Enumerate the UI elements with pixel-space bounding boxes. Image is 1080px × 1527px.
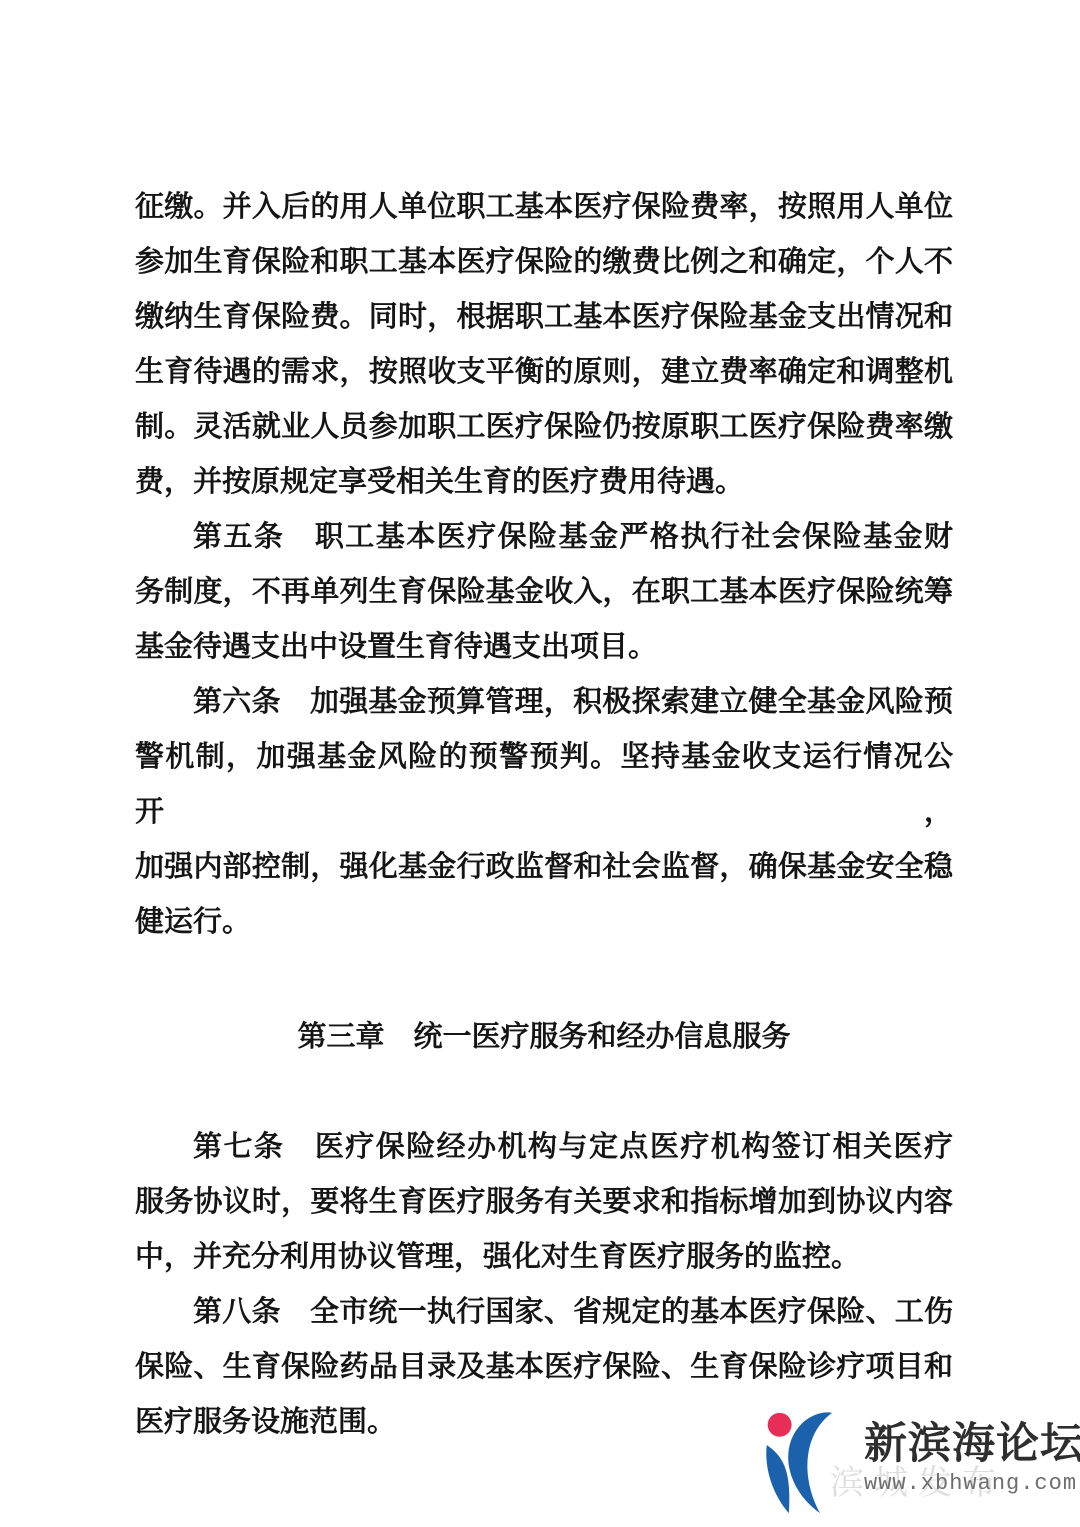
text-line: 第七条 医疗保险经办机构与定点医疗机构签订相关医疗 [135, 1120, 953, 1175]
page: 征缴。并入后的用人单位职工基本医疗保险费率，按照用人单位参加生育保险和职工基本医… [0, 0, 1080, 1527]
text-line: 第八条 全市统一执行国家、省规定的基本医疗保险、工伤 [135, 1285, 953, 1340]
text-line: 保险、生育保险药品目录及基本医疗保险、生育保险诊疗项目和 [135, 1340, 953, 1395]
site-url: www.xbhwang.com [864, 1471, 1064, 1496]
document-body: 征缴。并入后的用人单位职工基本医疗保险费率，按照用人单位参加生育保险和职工基本医… [135, 180, 953, 1450]
text-line: 服务协议时，要将生育医疗服务有关要求和指标增加到协议内容 [135, 1175, 953, 1230]
text-line: 第六条 加强基金预算管理，积极探索建立健全基金风险预 [135, 675, 953, 730]
text-line: 务制度，不再单列生育保险基金收入，在职工基本医疗保险统筹 [135, 565, 953, 620]
text-line: 参加生育保险和职工基本医疗保险的缴费比例之和确定，个人不 [135, 235, 953, 290]
text-line: 费，并按原规定享受相关生育的医疗费用待遇。 [135, 455, 953, 510]
text-line: 缴纳生育保险费。同时，根据职工基本医疗保险基金支出情况和 [135, 290, 953, 345]
footer-logo-block: 滨城发布 新滨海论坛 www.xbhwang.com [764, 1403, 1064, 1521]
text-line: 警机制，加强基金风险的预警预判。坚持基金收支运行情况公开， [135, 730, 953, 840]
text-line: 基金待遇支出中设置生育待遇支出项目。 [135, 620, 953, 675]
text-line: 生育待遇的需求，按照收支平衡的原则，建立费率确定和调整机 [135, 345, 953, 400]
text-line: 健运行。 [135, 895, 953, 950]
text-line: 加强内部控制，强化基金行政监督和社会监督，确保基金安全稳 [135, 840, 953, 895]
text-line: 征缴。并入后的用人单位职工基本医疗保险费率，按照用人单位 [135, 180, 953, 235]
text-line: 第五条 职工基本医疗保险基金严格执行社会保险基金财 [135, 510, 953, 565]
site-name: 新滨海论坛 [864, 1421, 1064, 1467]
chapter-heading: 第三章 统一医疗服务和经办信息服务 [135, 1010, 953, 1065]
text-line: 中，并充分利用协议管理，强化对生育医疗服务的监控。 [135, 1230, 953, 1285]
text-line: 制。灵活就业人员参加职工医疗保险仍按原职工医疗保险费率缴 [135, 400, 953, 455]
